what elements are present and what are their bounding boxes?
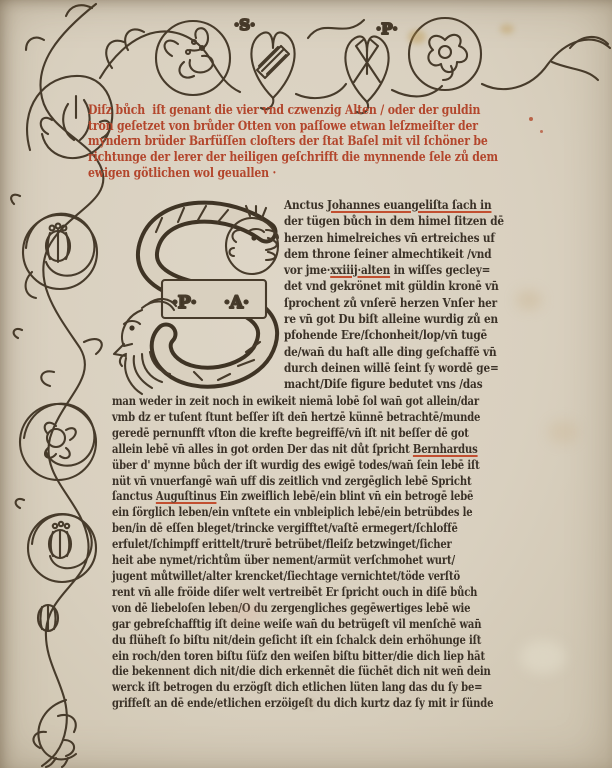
text-line: erfulet/ſchimpff erittelt/trurē betrübet… (112, 536, 493, 552)
text-line: durch deinen willē ſeint ſy wordē ge= (284, 360, 504, 376)
text-line: pfohende Ere/ſchonheit/lop/vn̄ tugē (284, 327, 504, 343)
text-line: myndern brüder Barfüſſen cloſters der ſt… (88, 134, 498, 150)
red-speck (540, 130, 543, 133)
body-text-full-width: man weder in zeit noch in ewikeit niemā … (112, 393, 493, 711)
text-line: ein ſörglich leben/ein vnſtete ein vnble… (112, 504, 493, 520)
text-line: Diſz bůch iſt genant die vier vnd czwenz… (88, 103, 498, 119)
incipit-heading: Diſz bůch iſt genant die vier vnd czwenz… (88, 103, 498, 182)
text-line: ſprochent zů vnſerē herzen Vnſer her (284, 295, 504, 311)
rubricated-phrase: Auguſtinus (156, 488, 217, 503)
text-line: die bekennent dich nit/die dich erkennēt… (112, 663, 493, 679)
floral-border-top-icon: ·S· ·P· (100, 4, 612, 108)
rubricated-phrase: Johannes euangeliſta ſach in (327, 197, 491, 212)
text-line: vmb dz er tuſent ſtunt beſſer iſt den̄ h… (112, 409, 493, 425)
rubricated-phrase: Bernhardus (413, 441, 478, 456)
border-letter-s: ·S· (234, 16, 255, 34)
initial-mark-p: ·P· (172, 293, 197, 313)
text-line: von dē liebeloſen leben/O du zergenglich… (112, 600, 493, 616)
text-line: werck iſt betrogen du erzögſt dich etlic… (112, 679, 493, 695)
text-line: de/wan̄ du haſt alle ding geſchaffē vn̄ (284, 344, 504, 360)
body-text-indented: Anctus Johannes euangeliſta ſach inder t… (284, 197, 504, 393)
text-line: allein lebē vn̄ alles in got orden Der d… (112, 441, 493, 457)
text-line: macht/Diſe figure bedutet vns /das (284, 376, 504, 392)
initial-mark-a: ·A· (224, 293, 249, 313)
text-line: det vnd gekrönet mit güldin kronē vn̄ (284, 278, 504, 294)
text-line: dem throne ſeiner almechtikeit /vnd (284, 246, 504, 262)
text-line: du flüheſt ſo biſtu nit/dein geſicht iſt… (112, 632, 493, 648)
text-line: rent vn̄ alle fröide diſer welt vertreib… (112, 584, 493, 600)
border-letter-p: ·P· (376, 20, 398, 38)
text-line: gar gebreſchafftig iſt deine weiſe wan̄ … (112, 616, 493, 632)
text-line: über d' mynne bůch der iſt wurdig des ew… (112, 457, 493, 473)
text-line: ben/in dē eſſen bleget/trincke vergiffte… (112, 520, 493, 536)
text-line: griffeſt an dē ende/etlichen erzöigeſt d… (112, 695, 493, 711)
text-line: man weder in zeit noch in ewikeit niemā … (112, 393, 493, 409)
paper-stain (520, 640, 566, 674)
paper-stain (548, 420, 578, 444)
text-line: heit abe nymet/richtům über nement/armüt… (112, 552, 493, 568)
text-line: ſanctus Auguſtinus Ein zweiflich lebē/ei… (112, 488, 493, 504)
text-line: ewigen götlichen wol geuallen · (88, 166, 498, 182)
text-line: vor jme·xxiiij·alten in wiſſes gecley= (284, 262, 504, 278)
text-line: Anctus Johannes euangeliſta ſach in (284, 197, 504, 213)
paper-stain (516, 290, 542, 310)
text-line: ein roch/den toren biſtu ſüſz den weiſen… (112, 648, 493, 664)
text-line: herzen himelreiches vn̄ ertreiches uf (284, 230, 504, 246)
text-line: tron geſetzet von brůder Otten von paſſo… (88, 119, 498, 135)
text-line: jugent můtwillet/alter krencket/ſiechtag… (112, 568, 493, 584)
text-line: richtunge der lerer der heiligen geſchri… (88, 150, 498, 166)
text-line: nüt vn̄ vnuerfangē wan̄ uff dis zeitlich… (112, 473, 493, 489)
book-page: ·S· ·P· (0, 0, 612, 768)
text-line: re vn̄ got Du biſt alleine wurdig zů en (284, 311, 504, 327)
rubricated-phrase: xxiiij·alten (330, 262, 390, 277)
red-speck (529, 117, 533, 121)
text-line: geredē pernunfft vſton die krefte begrei… (112, 425, 493, 441)
woodcut-initial-s-icon: ·P· ·A· (110, 196, 288, 396)
text-line: der tügen bůch in dem himel ſitzen dē (284, 213, 504, 229)
